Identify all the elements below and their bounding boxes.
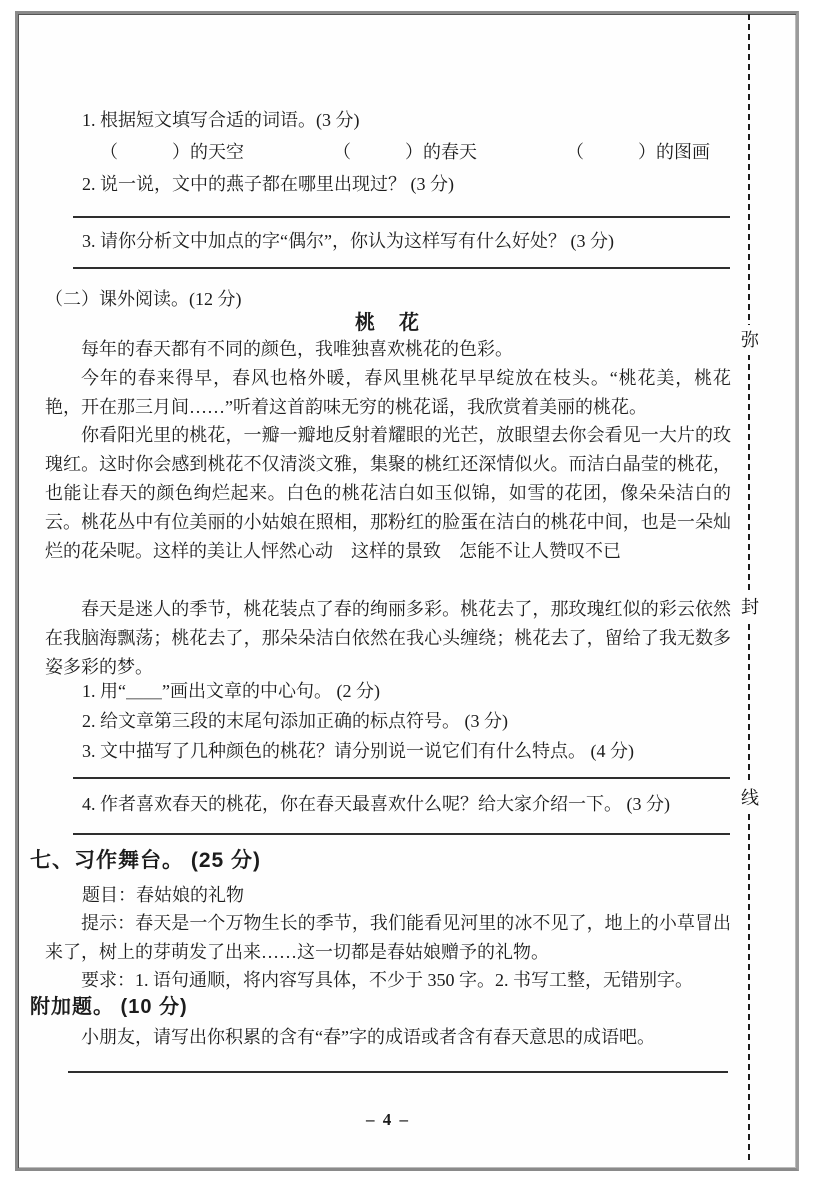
passage-paragraph-2: 今年的春来得早，春风也格外暖，春风里桃花早早绽放在枝头。“桃花美，桃花艳，开在那…	[45, 364, 731, 422]
question-2: 2. 说一说，文中的燕子都在哪里出现过？ (3 分)	[45, 170, 731, 199]
bonus-heading: 附加题。 (10 分)	[30, 993, 730, 1022]
answer-line-1	[73, 216, 730, 218]
writing-topic: 题目：春姑娘的礼物	[45, 881, 731, 910]
reading2-question-4: 4. 作者喜欢春天的桃花，你在春天最喜欢什么呢？给大家介绍一下。 (3 分)	[45, 790, 731, 819]
page-number: – 4 –	[45, 1110, 731, 1130]
passage-paragraph-1: 每年的春天都有不同的颜色，我唯独喜欢桃花的色彩。	[45, 335, 731, 364]
blank-sky: （ ）的天空	[100, 138, 244, 167]
answer-line-4	[73, 833, 730, 835]
reading2-question-1: 1. 用“＿＿”画出文章的中心句。 (2 分)	[45, 677, 731, 706]
question-1: 1. 根据短文填写合适的词语。(3 分)	[45, 106, 731, 135]
passage-paragraph-4: 春天是迷人的季节，桃花装点了春的绚丽多彩。桃花去了，那玫瑰红似的彩云依然在我脑海…	[45, 595, 731, 682]
answer-line-2	[73, 267, 730, 269]
seal-char-xian: 线	[736, 783, 764, 813]
question-3: 3. 请你分析文中加点的字“偶尔”，你认为这样写有什么好处？ (3 分)	[45, 227, 731, 256]
seal-char-feng: 封	[736, 592, 764, 622]
writing-hint: 提示：春天是一个万物生长的季节，我们能看见河里的冰不见了，地上的小草冒出来了，树…	[45, 909, 731, 967]
reading2-question-3: 3. 文中描写了几种颜色的桃花？请分别说一说它们有什么特点。 (4 分)	[45, 737, 731, 766]
writing-section-heading: 七、习作舞台。 (25 分)	[30, 846, 730, 875]
passage-paragraph-3: 你看阳光里的桃花，一瓣一瓣地反射着耀眼的光芒，放眼望去你会看见一大片的玫瑰红。这…	[45, 421, 731, 566]
blank-picture: （ ）的图画	[566, 138, 710, 167]
seal-dashed-line	[748, 14, 750, 1160]
writing-requirements: 要求：1. 语句通顺，将内容写具体，不少于 350 字。2. 书写工整，无错别字…	[45, 966, 731, 995]
answer-line-3	[73, 777, 730, 779]
seal-char-mi: 弥	[736, 325, 764, 355]
reading2-question-2: 2. 给文章第三段的末尾句添加正确的标点符号。 (3 分)	[45, 707, 731, 736]
passage-title: 桃 花	[45, 309, 731, 338]
fill-blanks-row: （ ）的天空 （ ）的春天 （ ）的图画	[100, 138, 710, 167]
bonus-prompt: 小朋友，请写出你积累的含有“春”字的成语或者含有春天意思的成语吧。	[45, 1023, 731, 1052]
blank-spring: （ ）的春天	[333, 138, 477, 167]
answer-line-5	[68, 1071, 728, 1073]
exam-page: 弥 封 线 1. 根据短文填写合适的词语。(3 分) （ ）的天空 （ ）的春天…	[0, 0, 816, 1191]
